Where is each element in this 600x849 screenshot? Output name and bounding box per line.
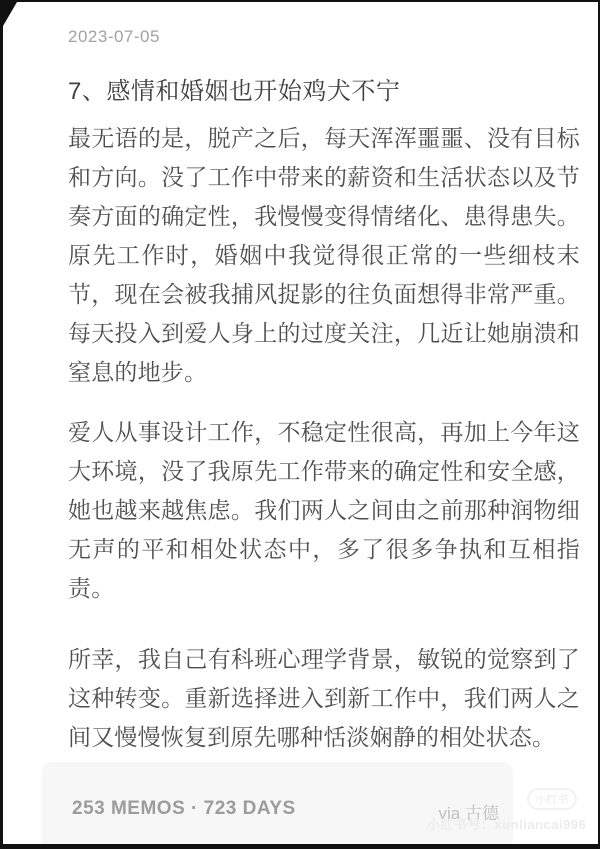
memo-paragraph: 最无语的是，脱产之后，每天浑浑噩噩、没有目标和方向。没了工作中带来的薪资和生活状… — [68, 119, 580, 392]
memo-card: 2023-07-05 7、感情和婚姻也开始鸡犬不宁 最无语的是，脱产之后，每天浑… — [3, 2, 598, 844]
memo-paragraph: 爱人从事设计工作，不稳定性很高，再加上今年这大环境，没了我原先工作带来的确定性和… — [68, 413, 580, 608]
memo-count-stats: 253 MEMOS · 723 DAYS — [72, 798, 296, 820]
memo-title: 7、感情和婚姻也开始鸡犬不宁 — [68, 71, 400, 106]
memo-paragraph: 所幸，我自己有科班心理学背景，敏锐的觉察到了这种转变。重新选择进入到新工作中，我… — [68, 640, 580, 757]
memo-date: 2023-07-05 — [68, 27, 160, 47]
xiaohongshu-badge-icon: 小红书 — [527, 788, 577, 810]
xiaohongshu-watermark: 小红书号：xunliancai996 — [427, 814, 586, 833]
